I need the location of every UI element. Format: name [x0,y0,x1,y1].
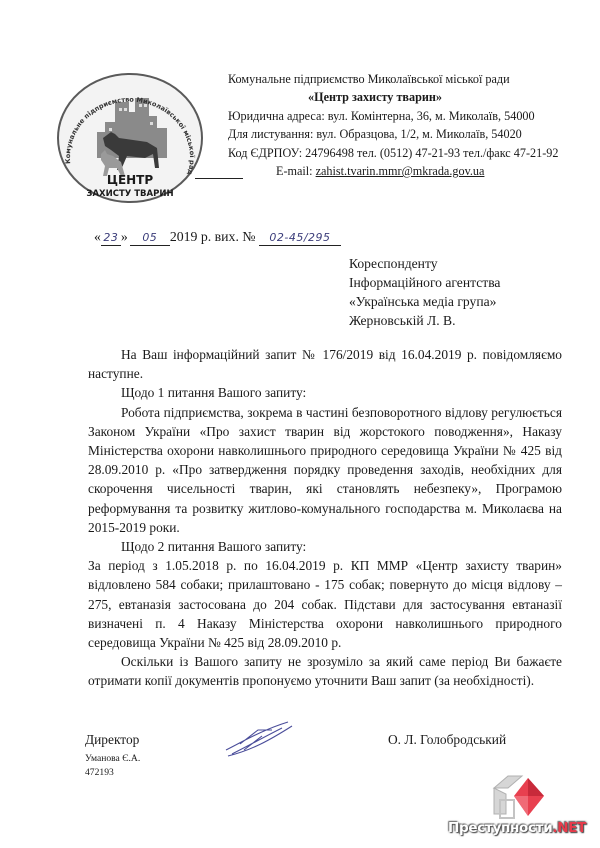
watermark-logo-icon [488,774,546,820]
letterhead-email-row: E-mail: zahist.tvarin.mmr@mkrada.gov.ua [228,162,598,180]
ref-day: 23 [101,231,121,246]
addressee-block: Кореспонденту Інформаційного агентства «… [349,254,500,330]
letterhead-line1: Комунальне підприємство Миколаївської мі… [228,70,598,88]
handwritten-signature [222,720,294,758]
paragraph-question1-heading: Щодо 1 питання Вашого запиту: [88,383,562,402]
executor-name: Уманова Є.А. [85,752,140,766]
organization-logo: ЦЕНТР ЗАХИСТУ ТВАРИН Комунальне підприєм… [55,72,205,204]
letterhead: Комунальне підприємство Миколаївської мі… [228,70,598,180]
signatory-name: О. Л. Голобродський [388,732,506,748]
addressee-line2: Інформаційного агентства [349,273,500,292]
paragraph-question2-heading: Щодо 2 питання Вашого запиту: [88,537,562,556]
watermark-text-suffix: .NET [552,820,586,836]
ref-year-text: 2019 р. вих. № [170,229,256,244]
outgoing-reference: «23»052019 р. вих. № 02-45/295 [94,229,341,246]
addressee-line4: Жерновській Л. В. [349,311,500,330]
watermark-text: Преступности.NET [448,820,586,836]
signatory-title: Директор [85,732,139,748]
header-rule [195,178,243,179]
ref-month: 05 [130,231,170,246]
executor-phone: 472193 [85,766,140,780]
letterhead-legal-address: Юридична адреса: вул. Комінтерна, 36, м.… [228,107,598,125]
email-link[interactable]: zahist.tvarin.mmr@mkrada.gov.ua [316,164,485,178]
addressee-line1: Кореспонденту [349,254,500,273]
letter-body: На Ваш інформаційний запит № 176/2019 ві… [88,345,562,691]
executor-info: Уманова Є.А. 472193 [85,752,140,780]
addressee-line3: «Українська медіа група» [349,292,500,311]
open-quote: « [94,229,101,244]
ref-number: 02-45/295 [259,231,341,246]
watermark-text-main: Преступности [448,820,552,836]
logo-title-line1: ЦЕНТР [107,173,154,187]
paragraph-clarification: Оскільки із Вашого запиту не зрозуміло з… [88,652,562,690]
letterhead-mail-address: Для листування: вул. Образцова, 1/2, м. … [228,125,598,143]
paragraph-question1-answer: Робота підприємства, зокрема в частині б… [88,403,562,537]
close-quote: » [121,229,128,244]
paragraph-question2-answer: За період з 1.05.2018 р. по 16.04.2019 р… [88,556,562,652]
letterhead-codes: Код ЄДРПОУ: 24796498 тел. (0512) 47-21-9… [228,144,598,162]
logo-title-line2: ЗАХИСТУ ТВАРИН [86,189,173,199]
email-label: E-mail: [276,164,316,178]
letterhead-org-name: «Центр захисту тварин» [228,88,598,106]
paragraph-intro: На Ваш інформаційний запит № 176/2019 ві… [88,345,562,383]
